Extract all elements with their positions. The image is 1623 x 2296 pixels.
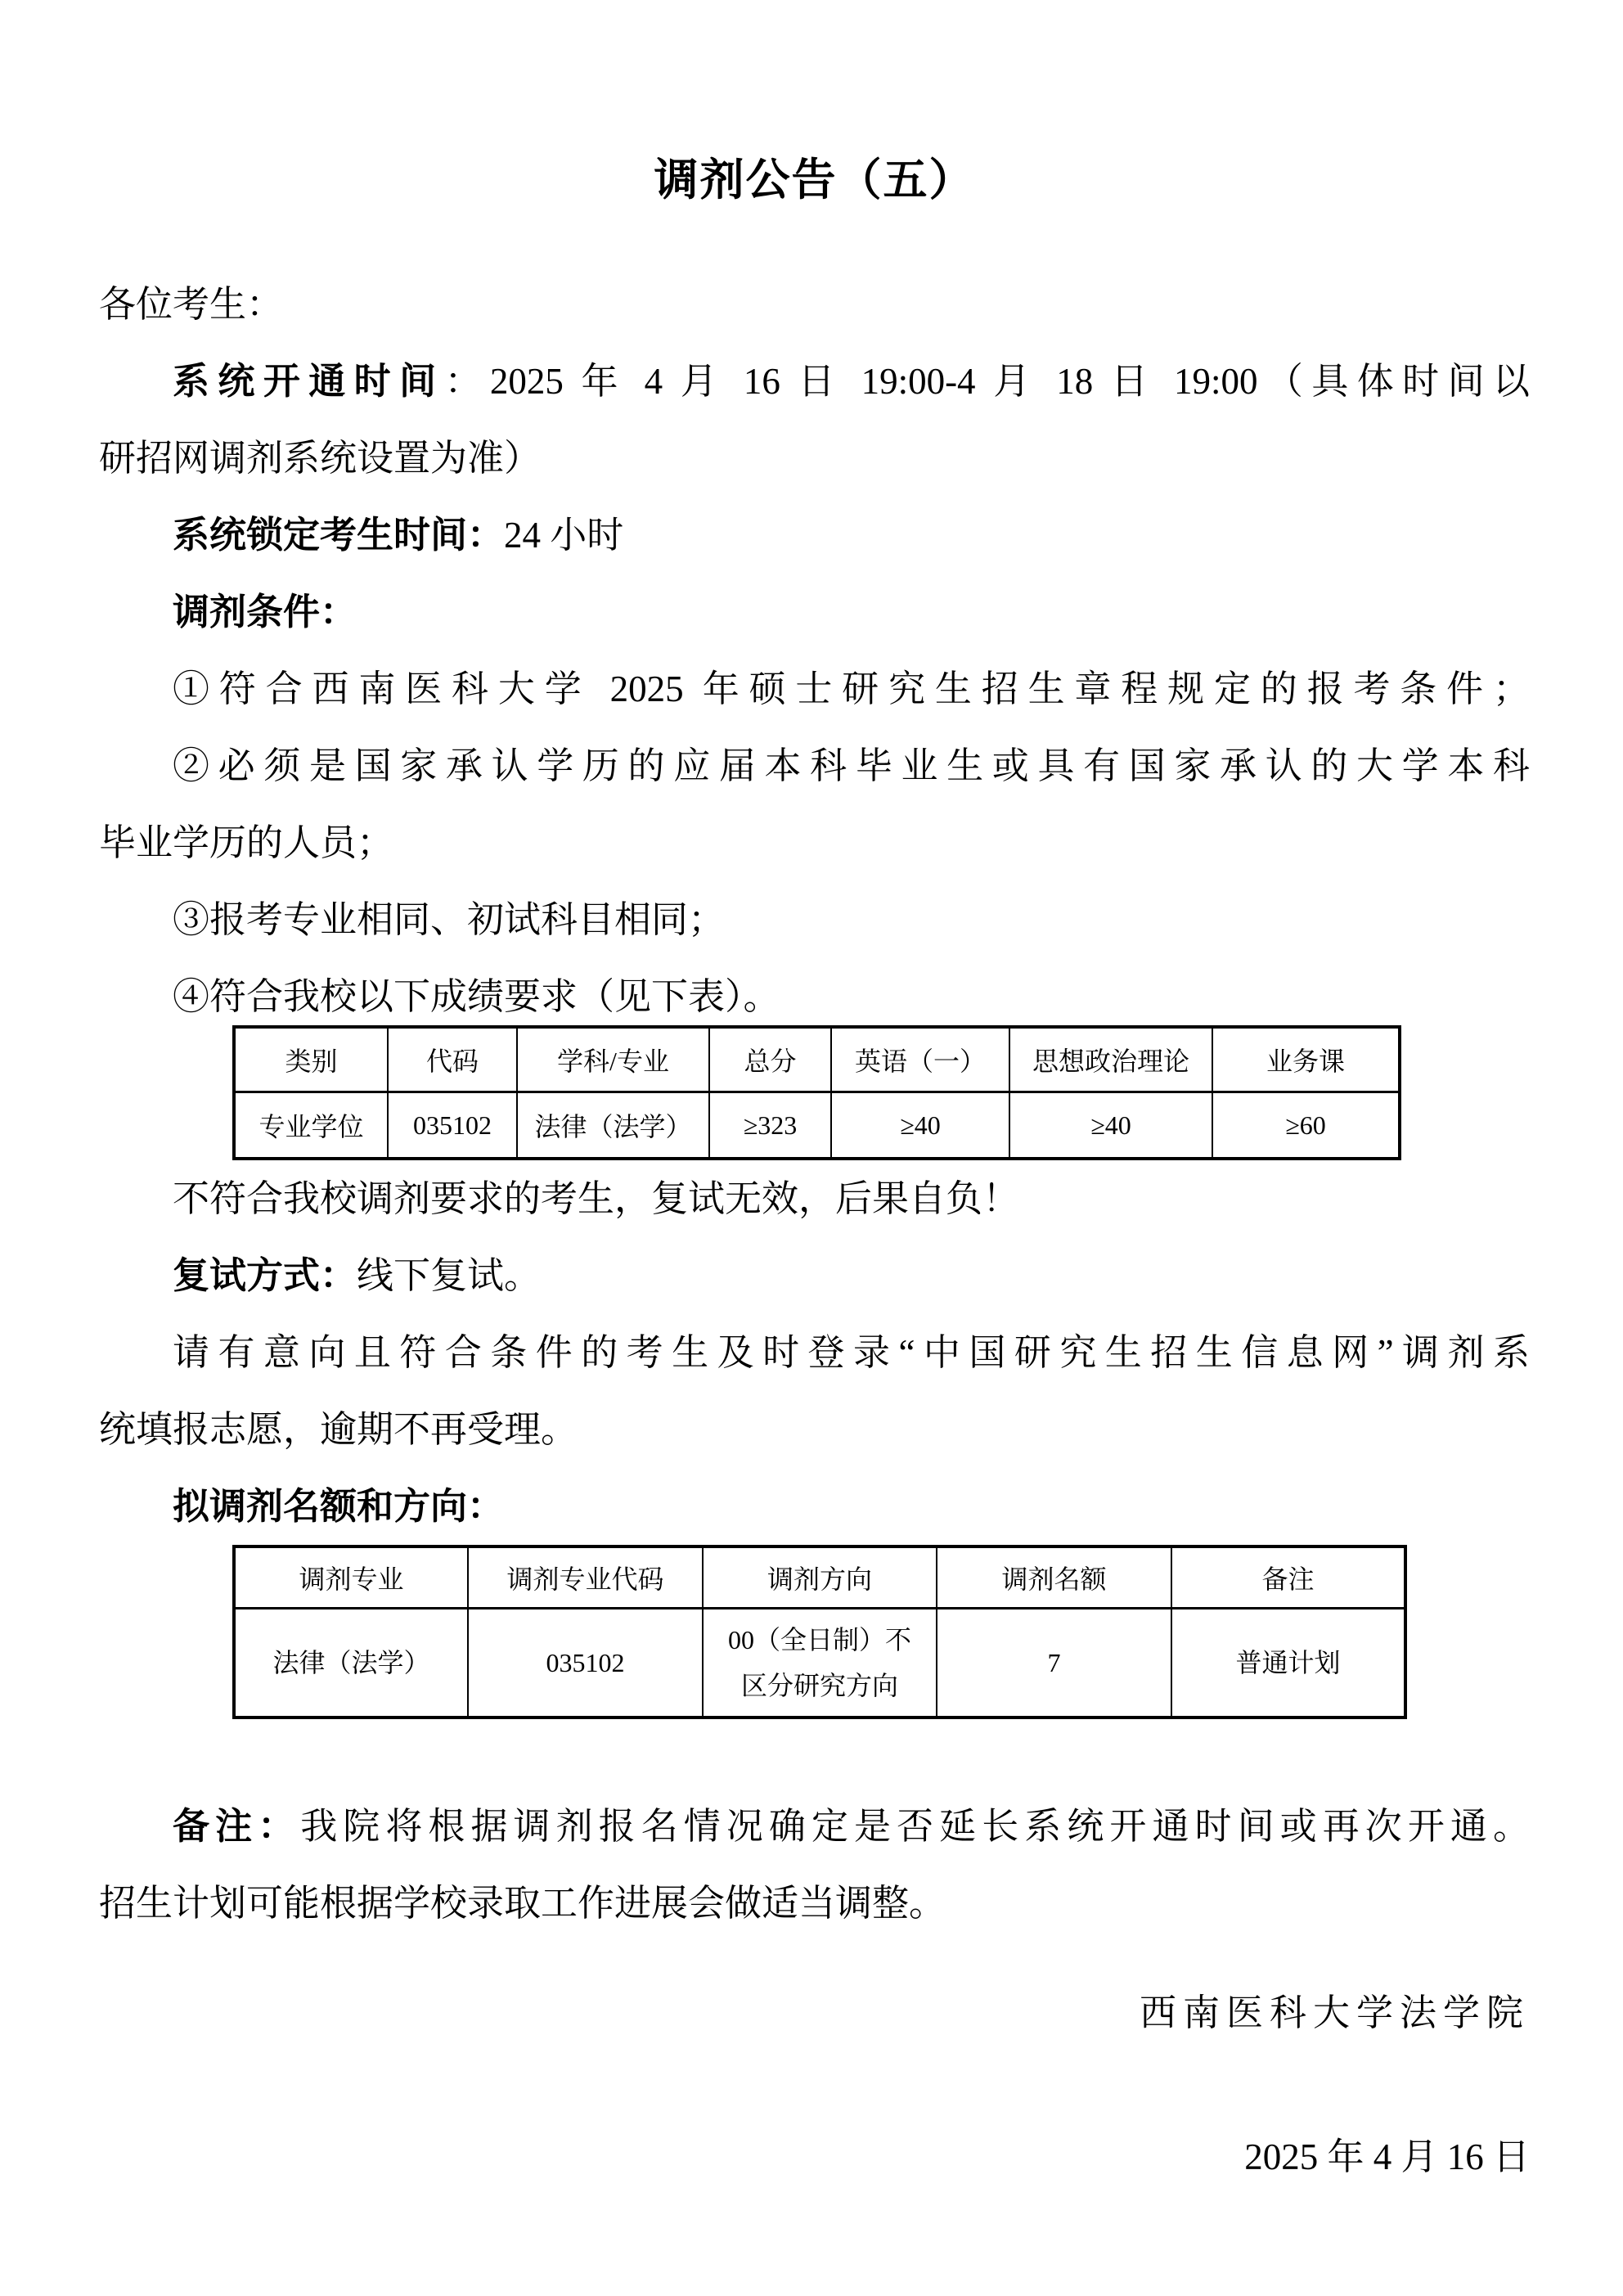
header-cell-politics: 思想政治理论 xyxy=(1009,1027,1212,1092)
header-cell-english: 英语（一） xyxy=(831,1027,1009,1092)
cell-transfer-remark: 普通计划 xyxy=(1171,1609,1405,1718)
header-cell-transfer-direction: 调剂方向 xyxy=(703,1546,937,1609)
lock-time-value: 24 小时 xyxy=(504,515,623,556)
greeting-line: 各位考生： xyxy=(99,266,1530,343)
system-open-time-line: 系统开通时间：2025 年 4 月 16 日 19:00-4 月 18 日 19… xyxy=(99,343,1530,420)
invalid-warning-line: 不符合我校调剂要求的考生，复试无效，后果自负！ xyxy=(99,1160,1530,1237)
cell-transfer-direction: 00（全日制）不 区分研究方向 xyxy=(703,1609,937,1718)
condition-3-line: ③报考专业相同、初试科目相同； xyxy=(99,881,1530,958)
cell-transfer-code: 035102 xyxy=(468,1609,703,1718)
cell-transfer-major: 法律（法学） xyxy=(234,1609,468,1718)
remark-continuation: 招生计划可能根据学校录取工作进展会做适当调整。 xyxy=(99,1865,1530,1942)
cell-transfer-quota: 7 xyxy=(937,1609,1171,1718)
quota-direction-table: 调剂专业 调剂专业代码 调剂方向 调剂名额 备注 法律（法学） 035102 0… xyxy=(232,1545,1407,1719)
signature-date: 2025 年 4 月 16 日 xyxy=(99,2118,1530,2195)
condition-2-line: ②必须是国家承认学历的应届本科毕业生或具有国家承认的大学本科 xyxy=(99,727,1530,804)
retest-mode-label: 复试方式： xyxy=(173,1254,357,1296)
cell-professional-score: ≥60 xyxy=(1212,1092,1400,1159)
system-open-time-value: ：2025 年 4 月 16 日 19:00-4 月 18 日 19:00（具体… xyxy=(444,361,1530,402)
table-data-row: 法律（法学） 035102 00（全日制）不 区分研究方向 7 普通计划 xyxy=(234,1609,1405,1718)
header-cell-transfer-remark: 备注 xyxy=(1171,1546,1405,1609)
signature-organization: 西南医科大学法学院 xyxy=(99,1974,1530,2051)
score-requirement-table: 类别 代码 学科/专业 总分 英语（一） 思想政治理论 业务课 专业学位 035… xyxy=(232,1025,1401,1160)
login-notice-continuation: 统填报志愿，逾期不再受理。 xyxy=(99,1391,1530,1468)
quota-heading: 拟调剂名额和方向： xyxy=(99,1468,1530,1545)
table-data-row: 专业学位 035102 法律（法学） ≥323 ≥40 ≥40 ≥60 xyxy=(234,1092,1400,1159)
cell-politics-score: ≥40 xyxy=(1009,1092,1212,1159)
cell-category: 专业学位 xyxy=(234,1092,388,1159)
table-header-row: 类别 代码 学科/专业 总分 英语（一） 思想政治理论 业务课 xyxy=(234,1027,1400,1092)
header-cell-transfer-quota: 调剂名额 xyxy=(937,1546,1171,1609)
header-cell-category: 类别 xyxy=(234,1027,388,1092)
table-header-row: 调剂专业 调剂专业代码 调剂方向 调剂名额 备注 xyxy=(234,1546,1405,1609)
cell-english-score: ≥40 xyxy=(831,1092,1009,1159)
header-cell-transfer-code: 调剂专业代码 xyxy=(468,1546,703,1609)
retest-mode-line: 复试方式：线下复试。 xyxy=(99,1237,1530,1314)
cell-major: 法律（法学） xyxy=(517,1092,709,1159)
retest-mode-value: 线下复试。 xyxy=(357,1255,541,1296)
announcement-document: 调剂公告（五） 各位考生： 系统开通时间：2025 年 4 月 16 日 19:… xyxy=(0,0,1623,2296)
login-notice-line: 请有意向且符合条件的考生及时登录“中国研究生招生信息网”调剂系 xyxy=(99,1314,1530,1391)
header-cell-code: 代码 xyxy=(388,1027,517,1092)
cell-code: 035102 xyxy=(388,1092,517,1159)
system-open-time-continuation: 研招网调剂系统设置为准） xyxy=(99,420,1530,497)
header-cell-transfer-major: 调剂专业 xyxy=(234,1546,468,1609)
header-cell-professional: 业务课 xyxy=(1212,1027,1400,1092)
condition-4-line: ④符合我校以下成绩要求（见下表）。 xyxy=(99,958,1530,1035)
remark-label: 备注： xyxy=(173,1805,300,1847)
page-title: 调剂公告（五） xyxy=(99,151,1530,209)
transfer-conditions-heading: 调剂条件： xyxy=(99,574,1530,651)
remark-text: 我院将根据调剂报名情况确定是否延长系统开通时间或再次开通。 xyxy=(300,1806,1530,1847)
condition-1-line: ①符合西南医科大学 2025 年硕士研究生招生章程规定的报考条件； xyxy=(99,651,1530,727)
header-cell-total: 总分 xyxy=(709,1027,831,1092)
lock-time-label: 系统锁定考生时间： xyxy=(173,514,504,556)
remark-line: 备注：我院将根据调剂报名情况确定是否延长系统开通时间或再次开通。 xyxy=(99,1788,1530,1865)
header-cell-major: 学科/专业 xyxy=(517,1027,709,1092)
lock-time-line: 系统锁定考生时间：24 小时 xyxy=(99,497,1530,574)
condition-2-continuation: 毕业学历的人员； xyxy=(99,804,1530,881)
cell-total-score: ≥323 xyxy=(709,1092,831,1159)
system-open-time-label: 系统开通时间 xyxy=(173,360,444,402)
